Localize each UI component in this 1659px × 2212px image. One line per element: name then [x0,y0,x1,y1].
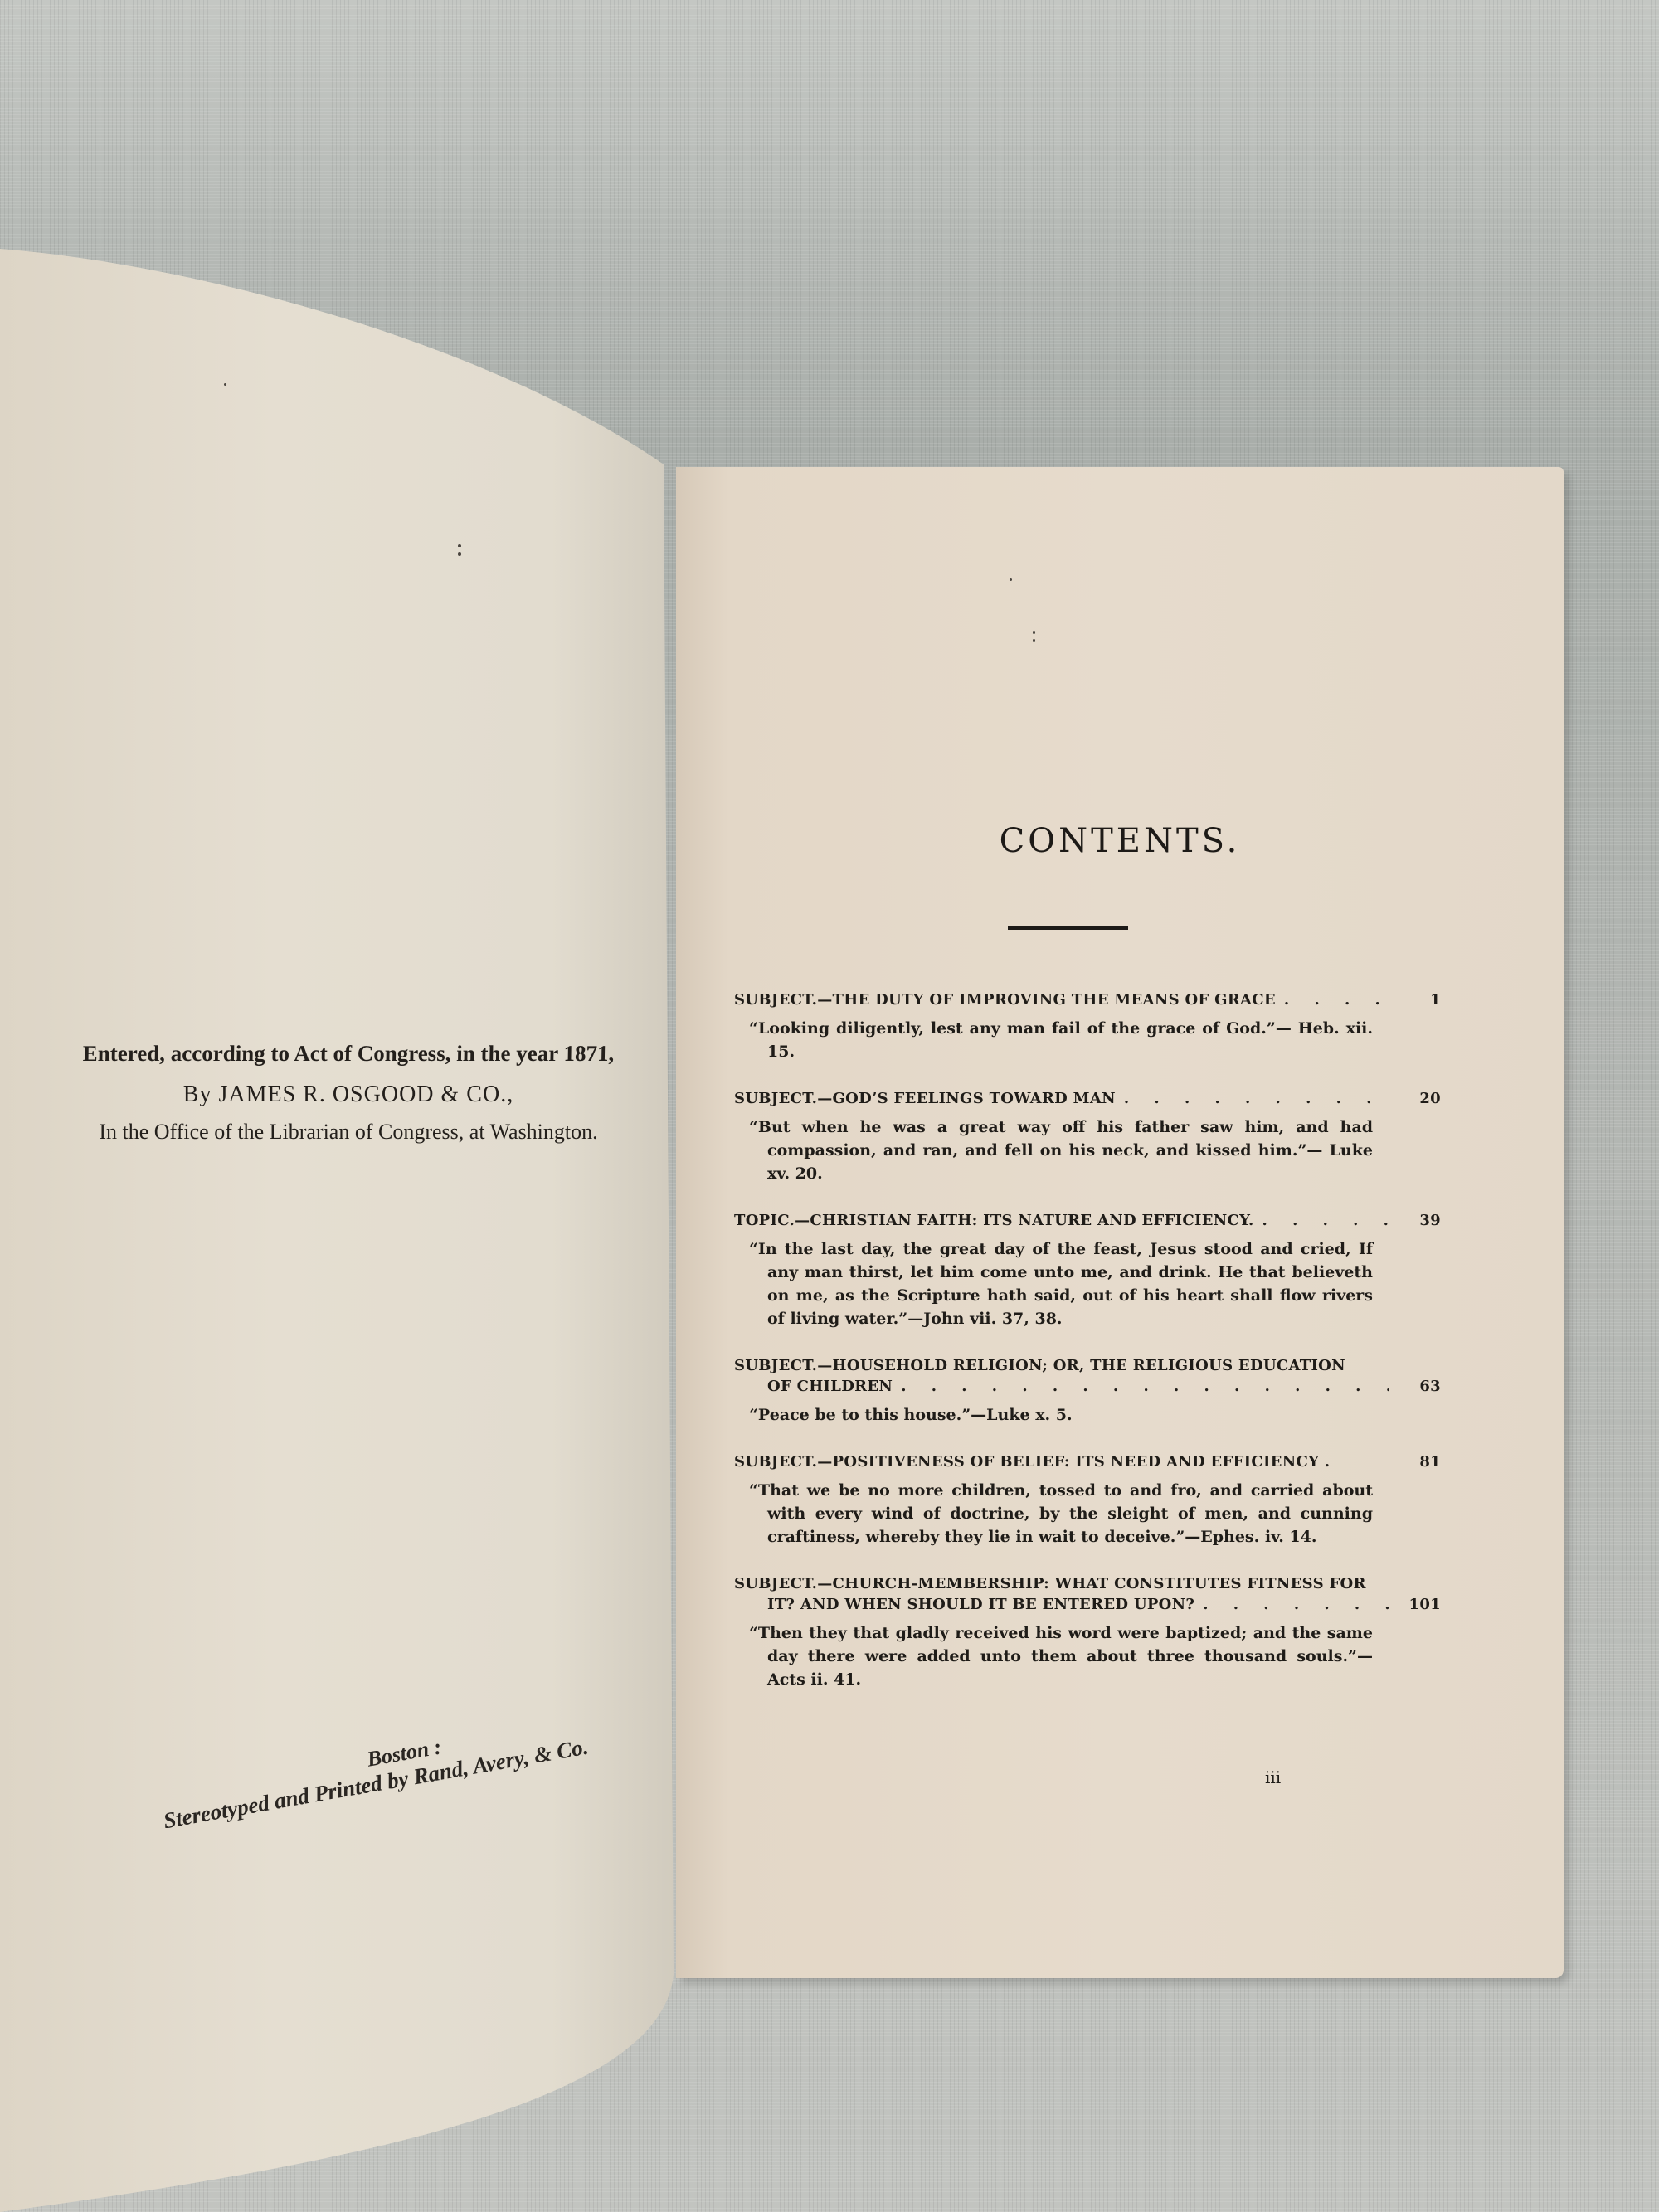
dot-leader: . . . . . . . . . . . . . . . . . . . . … [1124,1090,1389,1107]
toc-entry-label: TOPIC.—CHRISTIAN FAITH: ITS NATURE AND E… [734,1212,1254,1229]
toc-entry-quote: “Then they that gladly received his word… [734,1621,1373,1691]
toc-page-number: 39 [1399,1212,1441,1229]
dot-leader: . . . . . . . . . . . . . . . . . . . . … [1203,1596,1389,1613]
print-speck [1033,639,1035,642]
toc-entry-label: SUBJECT.—POSITIVENESS OF BELIEF: ITS NEE… [734,1453,1330,1471]
toc-entry-label: SUBJECT.—GOD’S FEELINGS TOWARD MAN [734,1090,1116,1107]
print-speck [458,544,461,547]
toc-page-number: 63 [1399,1378,1441,1395]
toc-entry-label-continued: OF CHILDREN [767,1378,893,1395]
page-title: CONTENTS. [676,822,1564,860]
toc-entry-quote: “Peace be to this house.”—Luke x. 5. [734,1403,1373,1427]
toc-entry-label: SUBJECT.—THE DUTY OF IMPROVING THE MEANS… [734,991,1276,1009]
toc-entry-quote: “But when he was a great way off his fat… [734,1116,1373,1185]
toc-entry-heading: SUBJECT.—HOUSEHOLD RELIGION; OR, THE REL… [734,1357,1389,1395]
copyright-line-3: In the Office of the Librarian of Congre… [33,1120,664,1145]
left-page-content: Entered, according to Act of Congress, i… [0,0,688,2212]
copyright-notice: Entered, according to Act of Congress, i… [33,1041,664,1145]
toc-entry: SUBJECT.—HOUSEHOLD RELIGION; OR, THE REL… [734,1357,1564,1427]
toc-entry-quote: “In the last day, the great day of the f… [734,1237,1373,1330]
print-speck [224,383,226,386]
toc-entry-heading: SUBJECT.—THE DUTY OF IMPROVING THE MEANS… [734,991,1389,1009]
print-speck [1010,578,1012,581]
toc-entry-heading: SUBJECT.—CHURCH-MEMBERSHIP: WHAT CONSTIT… [734,1575,1389,1613]
title-rule [1008,926,1128,930]
toc-entry: SUBJECT.—CHURCH-MEMBERSHIP: WHAT CONSTIT… [734,1575,1564,1691]
dot-leader: . . . . . . . . . . . . . . . . . . . . … [1284,991,1389,1009]
toc-entry: SUBJECT.—GOD’S FEELINGS TOWARD MAN . . .… [734,1090,1564,1185]
toc-entry-label: SUBJECT.—HOUSEHOLD RELIGION; OR, THE REL… [734,1357,1345,1374]
copyright-line-1: Entered, according to Act of Congress, i… [33,1041,664,1067]
copyright-line-2: By JAMES R. OSGOOD & CO., [33,1082,664,1108]
dot-leader: . . . . . . . . . . . . . . . . . . . . … [901,1378,1389,1395]
toc-page-number: 101 [1399,1596,1441,1613]
toc-entry: TOPIC.—CHRISTIAN FAITH: ITS NATURE AND E… [734,1212,1564,1330]
toc-entry: SUBJECT.—THE DUTY OF IMPROVING THE MEANS… [734,991,1564,1063]
right-page: CONTENTS. SUBJECT.—THE DUTY OF IMPROVING… [676,467,1564,1978]
dot-leader: . . . . . . . . . . . . . . . . . . . . … [1262,1212,1389,1229]
toc-page-number: 20 [1399,1090,1441,1107]
toc-entry-quote: “That we be no more children, tossed to … [734,1479,1373,1548]
print-speck [1033,631,1035,634]
toc-entry-heading: TOPIC.—CHRISTIAN FAITH: ITS NATURE AND E… [734,1212,1389,1229]
toc-entry-label-continued: IT? AND WHEN SHOULD IT BE ENTERED UPON? [767,1596,1194,1613]
printer-imprint: Boston : Stereotyped and Printed by Rand… [116,1702,631,1841]
table-of-contents: SUBJECT.—THE DUTY OF IMPROVING THE MEANS… [734,991,1564,1718]
toc-page-number: 81 [1399,1453,1441,1471]
page-folio: iii [1265,1767,1281,1787]
toc-entry: SUBJECT.—POSITIVENESS OF BELIEF: ITS NEE… [734,1453,1564,1548]
toc-entry-label: SUBJECT.—CHURCH-MEMBERSHIP: WHAT CONSTIT… [734,1575,1366,1592]
toc-page-number: 1 [1399,991,1441,1009]
print-speck [458,552,461,556]
toc-entry-heading: SUBJECT.—POSITIVENESS OF BELIEF: ITS NEE… [734,1453,1389,1471]
toc-entry-quote: “Looking diligently, lest any man fail o… [734,1017,1373,1063]
toc-entry-heading: SUBJECT.—GOD’S FEELINGS TOWARD MAN . . .… [734,1090,1389,1107]
